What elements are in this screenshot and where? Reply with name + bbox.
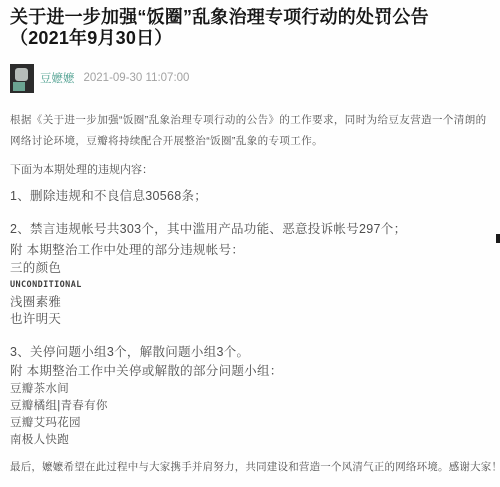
user-avatar[interactable] <box>10 64 34 93</box>
username-link[interactable]: 豆嬷嬷 <box>40 70 75 86</box>
banned-accounts-note: 附 本期整治工作中处理的部分违规帐号： <box>10 242 490 259</box>
post-timestamp: 2021-09-30 11:07:00 <box>84 72 190 84</box>
avatar-figure <box>15 68 28 81</box>
banned-account: 也许明天 <box>10 311 490 328</box>
author-row: 豆嬷嬷 2021-09-30 11:07:00 <box>10 63 490 93</box>
closed-groups-list: 豆瓣茶水间 豆瓣橘组|青春有你 豆瓣艾玛花园 南极人快跑 <box>10 381 490 449</box>
avatar-accent <box>13 82 25 91</box>
post-title-line2: （2021年9月30日） <box>10 28 490 49</box>
post-title: 关于进一步加强“饭圈”乱象治理专项行动的处罚公告 （2021年9月30日） <box>10 0 490 49</box>
screen-edge-artifact <box>496 234 500 243</box>
closed-group: 豆瓣艾玛花园 <box>10 415 490 432</box>
banned-account: 浅圈素雅 <box>10 294 490 311</box>
violation-item-3: 3、关停问题小组3个，解散问题小组3个。 <box>10 344 490 361</box>
closed-group: 南极人快跑 <box>10 432 490 449</box>
banned-account: 三的颜色 <box>10 260 490 277</box>
banned-accounts-list: 三的颜色 UNCONDITIONAL 浅圈素雅 也许明天 <box>10 260 490 328</box>
post-title-line1: 关于进一步加强“饭圈”乱象治理专项行动的处罚公告 <box>10 7 490 28</box>
violation-item-1: 1、删除违规和不良信息30568条； <box>10 188 490 205</box>
closed-group: 豆瓣茶水间 <box>10 381 490 398</box>
post-page: 关于进一步加强“饭圈”乱象治理专项行动的处罚公告 （2021年9月30日） 豆嬷… <box>0 0 500 487</box>
closed-groups-note: 附 本期整治工作中关停或解散的部分问题小组： <box>10 363 490 380</box>
banned-account: UNCONDITIONAL <box>10 277 490 294</box>
section-lead: 下面为本期处理的违规内容： <box>10 162 490 178</box>
intro-paragraph: 根据《关于进一步加强“饭圈”乱象治理专项行动的公告》的工作要求，同时为给豆友营造… <box>10 110 494 152</box>
closed-group: 豆瓣橘组|青春有你 <box>10 398 490 415</box>
closing-paragraph: 最后，嬷嬷希望在此过程中与大家携手并肩努力，共同建设和营造一个风清气正的网络环境… <box>10 460 490 475</box>
violation-item-2: 2、禁言违规帐号共303个，其中滥用产品功能、恶意投诉帐号297个； <box>10 221 490 238</box>
